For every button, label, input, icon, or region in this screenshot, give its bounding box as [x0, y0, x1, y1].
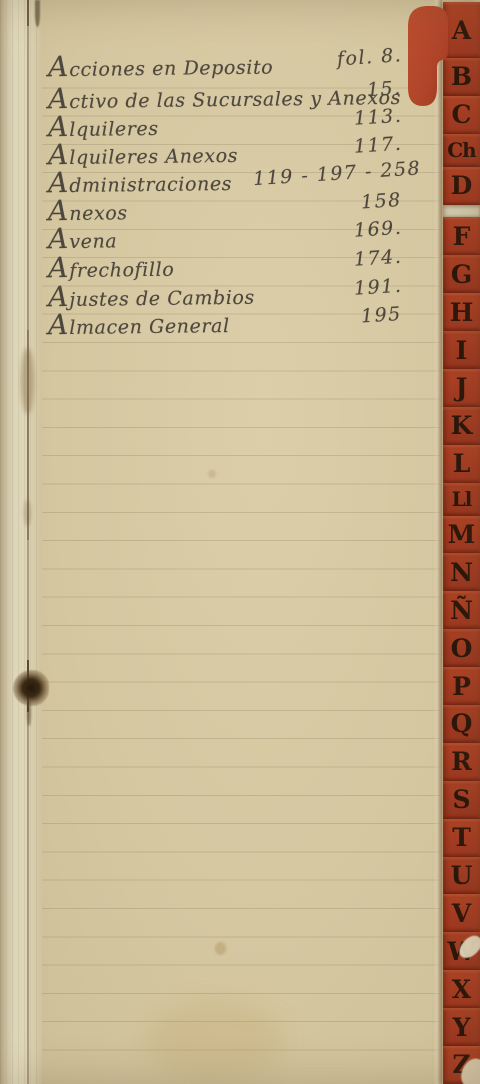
entry-label: Acciones en Deposito — [48, 47, 274, 83]
entry-label: Almacen General — [48, 306, 230, 341]
index-tab-p[interactable]: P — [443, 667, 480, 705]
alphabet-thumb-index: A B C Ch D F G H I J K L Ll M N Ñ O P Q … — [443, 2, 480, 1084]
index-tab-o[interactable]: O — [443, 629, 480, 667]
tab-letter: J — [456, 375, 468, 400]
index-tab-ch[interactable]: Ch — [443, 134, 480, 167]
tab-letter: K — [451, 413, 473, 438]
entry-folio: 169. — [353, 217, 403, 242]
index-tab-g[interactable]: G — [443, 255, 480, 293]
index-tab-e-missing[interactable] — [443, 205, 480, 218]
entry-folio: 191. — [353, 275, 403, 300]
index-tab-q[interactable]: Q — [443, 705, 480, 743]
entry-folio: 15. — [367, 77, 403, 101]
index-tab-f[interactable]: F — [443, 217, 480, 255]
tab-letter: A — [452, 18, 471, 43]
tab-letter: V — [452, 901, 471, 926]
index-tab-s[interactable]: S — [443, 781, 480, 819]
index-tab-m[interactable]: M — [443, 516, 480, 554]
index-tab-l[interactable]: L — [443, 445, 480, 483]
index-entry-row: Almacen General 195 — [48, 304, 410, 336]
index-tab-j[interactable]: J — [443, 369, 480, 407]
index-entry-row: Ajustes de Cambios 191. — [48, 276, 410, 308]
tab-letter: R — [451, 749, 472, 774]
entry-folio: 174. — [353, 246, 403, 271]
tab-letter: H — [450, 300, 474, 325]
tab-letter: X — [452, 977, 471, 1002]
tab-letter: Q — [451, 711, 473, 736]
index-entries: Acciones en Deposito fol. 8. Activo de l… — [0, 0, 480, 1084]
entry-folio: fol. 8. — [336, 44, 403, 70]
index-tab-y[interactable]: Y — [443, 1008, 480, 1046]
entry-folio: 117. — [353, 133, 403, 158]
entry-folio: 195 — [361, 303, 403, 328]
active-tab-blob[interactable] — [402, 2, 454, 112]
tab-letter: S — [452, 787, 470, 812]
tab-letter: O — [451, 636, 473, 661]
index-entry-row: Avena 169. — [48, 218, 410, 250]
index-tab-i[interactable]: I — [443, 331, 480, 369]
tab-letter: P — [452, 674, 471, 699]
index-tab-n[interactable]: N — [443, 553, 480, 591]
tab-letter: U — [451, 863, 473, 888]
index-tab-k[interactable]: K — [443, 407, 480, 445]
index-entry-row: Anexos 158 — [48, 190, 410, 222]
tab-letter: Y — [453, 1015, 471, 1040]
tab-letter: I — [456, 338, 468, 363]
tab-letter: C — [452, 102, 472, 127]
index-tab-r[interactable]: R — [443, 743, 480, 781]
tab-letter: N — [450, 560, 473, 585]
tab-letter: G — [451, 262, 472, 287]
tab-letter: Ch — [447, 140, 475, 160]
tab-letter: M — [448, 522, 476, 547]
index-tab-t[interactable]: T — [443, 819, 480, 857]
index-tab-v[interactable]: V — [443, 894, 480, 932]
index-tab-ll[interactable]: Ll — [443, 483, 480, 516]
index-entry-row: Acciones en Deposito fol. 8. — [48, 46, 410, 78]
entry-folio: 158 — [361, 189, 403, 214]
index-tab-d[interactable]: D — [443, 167, 480, 205]
index-entry-row: Administraciones 119 - 197 - 258 — [48, 162, 410, 194]
tab-letter: L — [453, 451, 471, 476]
tab-letter: D — [451, 173, 473, 198]
index-tab-h[interactable]: H — [443, 293, 480, 331]
page-stack-edge — [433, 0, 442, 1084]
tab-letter: Ñ — [450, 598, 473, 623]
index-tab-ntilde[interactable]: Ñ — [443, 591, 480, 629]
tab-letter: B — [451, 64, 472, 89]
tab-letter: T — [452, 825, 471, 850]
entry-folio: 113. — [353, 105, 403, 130]
tab-letter: F — [453, 224, 471, 249]
index-tab-u[interactable]: U — [443, 857, 480, 895]
tab-letter: Ll — [452, 489, 472, 509]
index-entry-row: Afrechofillo 174. — [48, 247, 410, 279]
index-tab-x[interactable]: X — [443, 970, 480, 1008]
index-entry-row: Alquileres 113. — [48, 106, 410, 138]
index-entry-row: Activo de las Sucursales y Anexos 15. — [48, 78, 410, 110]
